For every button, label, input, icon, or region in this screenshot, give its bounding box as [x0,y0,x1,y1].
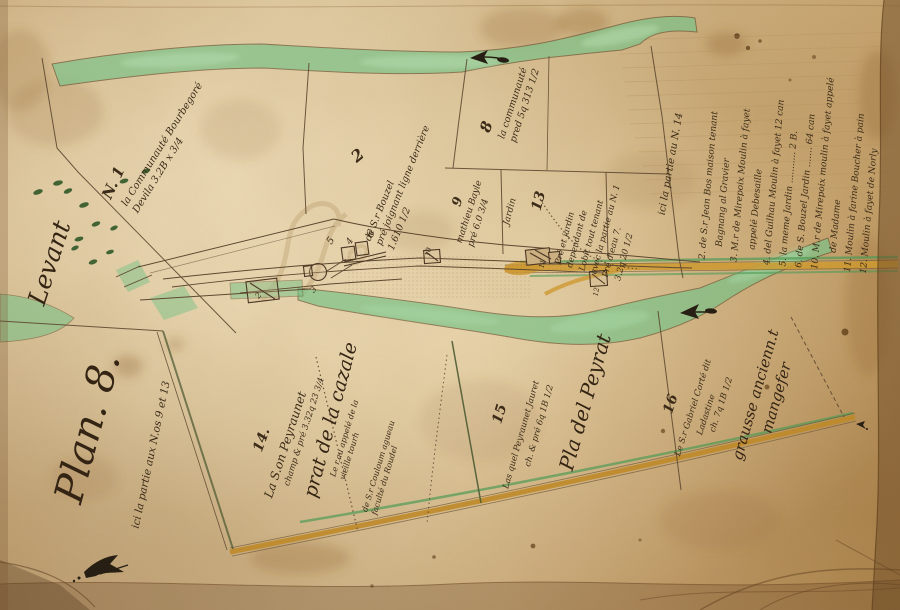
map-canvas: Plan. 8. ici la partie aux N.os 9 et 13 … [0,0,900,610]
parchment-grain [0,0,900,610]
map-drawing [0,0,900,610]
